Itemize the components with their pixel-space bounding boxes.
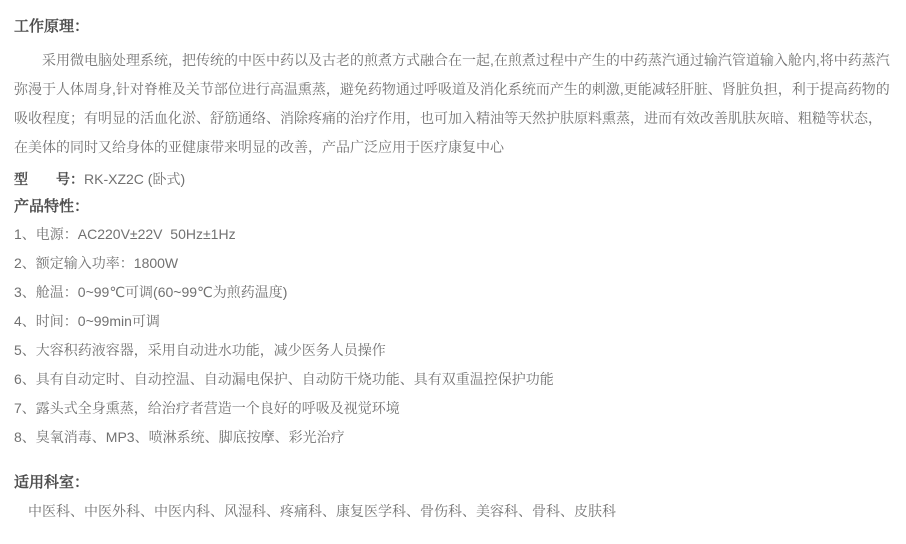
section-heading-product-features: 产品特性： — [14, 196, 894, 218]
departments-list: 中医科、中医外科、中医内科、风湿科、疼痛科、康复医学科、骨伤科、美容科、骨科、皮… — [14, 500, 894, 522]
section-heading-working-principle: 工作原理： — [14, 16, 894, 38]
feature-item-time: 4、时间：0~99min可调 — [14, 307, 894, 336]
section-heading-applicable-departments: 适用科室： — [14, 472, 894, 494]
model-label: 型 号： — [14, 171, 84, 187]
features-list: 1、电源：AC220V±22V 50Hz±1Hz 2、额定输入功率：1800W … — [14, 220, 894, 452]
product-description-document: 工作原理： 采用微电脑处理系统，把传统的中医中药以及古老的煎煮方式融合在一起,在… — [14, 16, 894, 522]
feature-item-liquid-container: 5、大容积药液容器，采用自动进水功能，减少医务人员操作 — [14, 336, 894, 365]
feature-item-full-body-fumigation: 7、露头式全身熏蒸，给治疗者营造一个良好的呼吸及视觉环境 — [14, 394, 894, 423]
feature-item-extra-functions: 8、臭氧消毒、MP3、喷淋系统、脚底按摩、彩光治疗 — [14, 423, 894, 452]
feature-item-auto-protection: 6、具有自动定时、自动控温、自动漏电保护、自动防干烧功能、具有双重温控保护功能 — [14, 365, 894, 394]
feature-item-cabin-temperature: 3、舱温：0~99℃可调(60~99℃为煎药温度) — [14, 278, 894, 307]
feature-item-rated-input-power: 2、额定输入功率：1800W — [14, 249, 894, 278]
feature-item-power: 1、电源：AC220V±22V 50Hz±1Hz — [14, 220, 894, 249]
model-row: 型 号：RK-XZ2C (卧式) — [14, 168, 894, 190]
working-principle-paragraph: 采用微电脑处理系统，把传统的中医中药以及古老的煎煮方式融合在一起,在煎煮过程中产… — [14, 46, 894, 162]
model-value: RK-XZ2C (卧式) — [84, 171, 185, 187]
